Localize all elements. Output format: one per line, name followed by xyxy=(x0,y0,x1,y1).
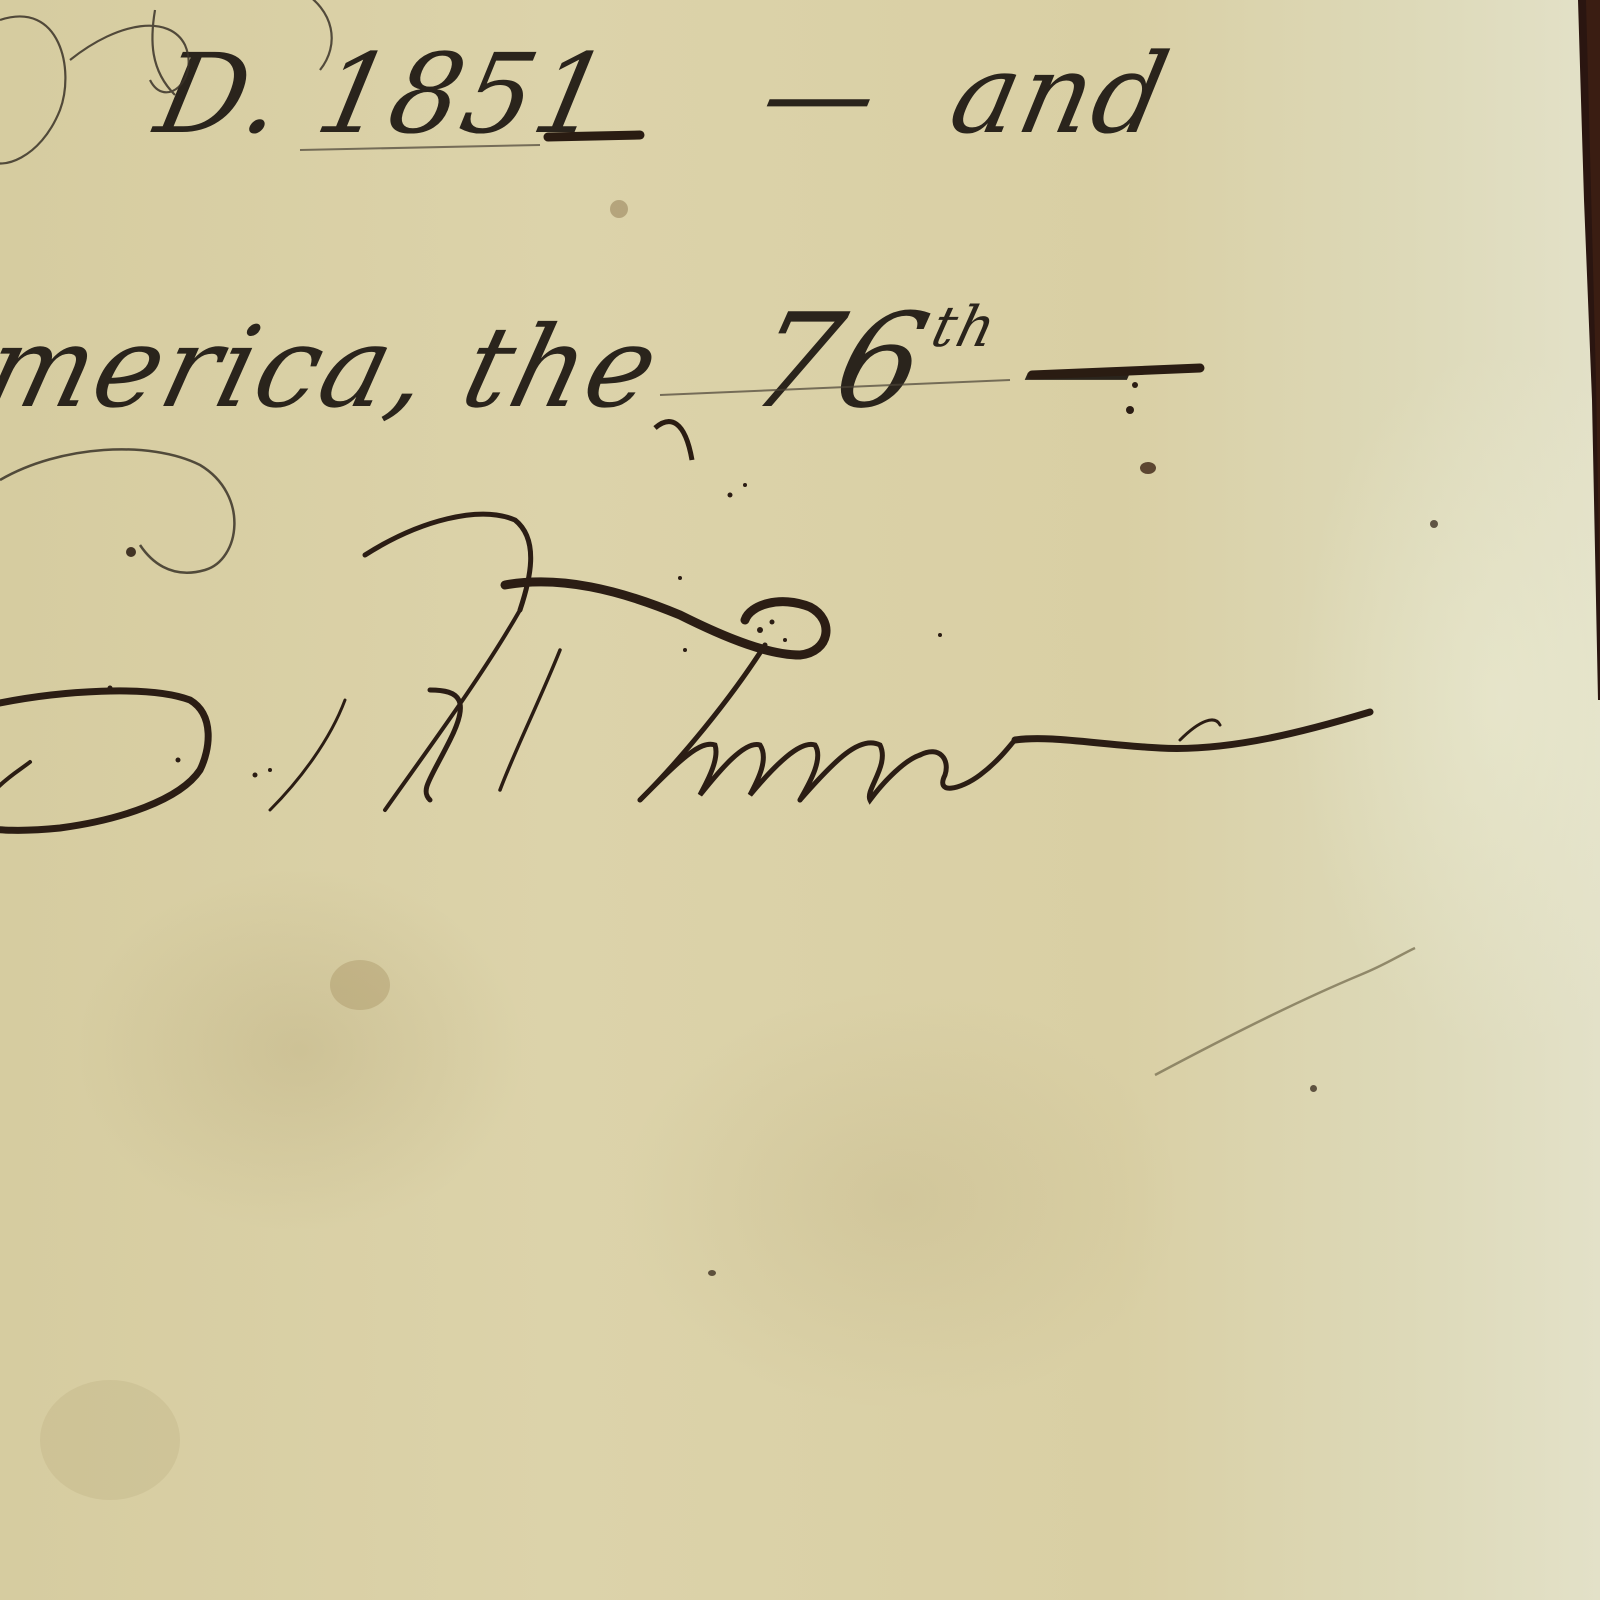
paper-crack xyxy=(1155,948,1415,1075)
engraved-flourish-top-left xyxy=(0,0,332,163)
handwritten-stroke xyxy=(655,422,692,460)
ruled-baseline xyxy=(300,145,1010,395)
document-photo: D. 1851 — and merica, the 76th — xyxy=(0,0,1600,1600)
handwritten-dash xyxy=(548,135,1200,375)
engraved-flourish-oval xyxy=(0,449,234,572)
